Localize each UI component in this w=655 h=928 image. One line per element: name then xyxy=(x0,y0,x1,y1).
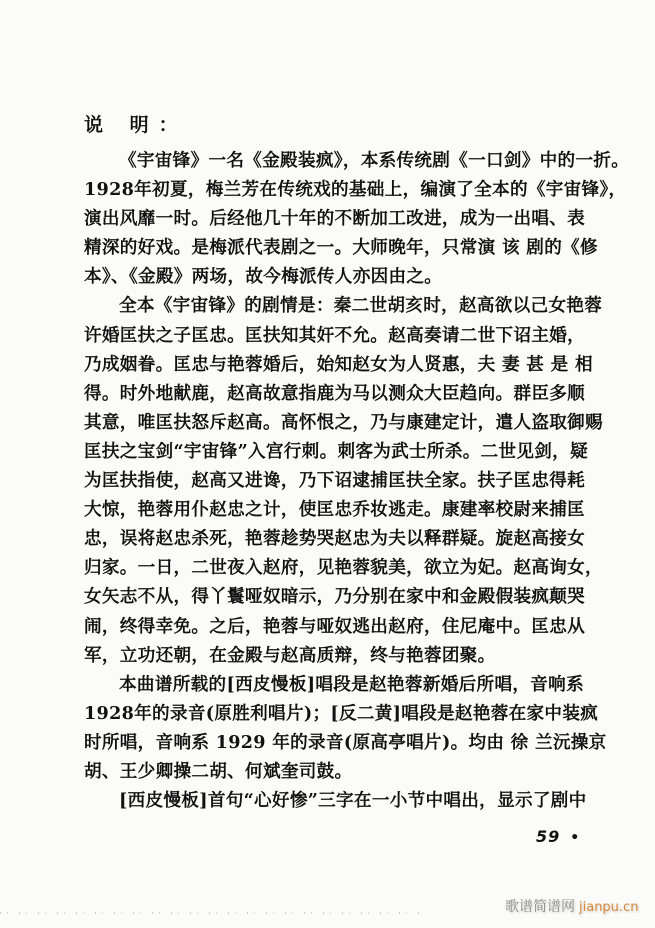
text-line: [西皮慢板]首句“心好惨”三字在一小节中唱出，显示了剧中 xyxy=(84,786,584,815)
page-number: 59• xyxy=(536,827,580,846)
page-number-value: 59 xyxy=(536,827,560,846)
document-page: 说 明： 《宇宙锋》一名《金殿装疯》，本系传统剧《一口剑》中的一折。1928年初… xyxy=(0,0,655,928)
watermark-site-name: 歌谱简谱网 xyxy=(505,899,575,915)
text-line: 大惊，艳蓉用仆赵忠之计，使匡忠乔妆逃走。康建率校尉来捕匡 xyxy=(84,495,584,524)
text-line: 胡、王少卿操二胡、何斌奎司鼓。 xyxy=(84,757,584,786)
text-line: 时所唱，音响系 1929 年的录音(原高亭唱片)。均由 徐 兰沅操京 xyxy=(84,728,584,757)
text-line: 得。时外地献鹿，赵高故意指鹿为马以测众大臣趋向。群臣多顺 xyxy=(84,379,584,408)
text-line: 许婚匡扶之子匡忠。匡扶知其奸不允。赵高奏请二世下诏主婚， xyxy=(84,321,584,350)
text-line: 乃成姻眷。匡忠与艳蓉婚后，始知赵女为人贤惠，夫 妻 甚 是 相 xyxy=(84,350,584,379)
body-text: 《宇宙锋》一名《金殿装疯》，本系传统剧《一口剑》中的一折。1928年初夏，梅兰芳… xyxy=(84,146,584,815)
text-line: 《宇宙锋》一名《金殿装疯》，本系传统剧《一口剑》中的一折。 xyxy=(84,146,584,175)
text-line: 匡扶之宝剑“宇宙锋”入宫行刺。刺客为武士所杀。二世见剑，疑 xyxy=(84,437,584,466)
watermark: 歌谱简谱网jianpu.cn xyxy=(505,896,638,916)
text-line: 1928年初夏，梅兰芳在传统戏的基础上，编演了全本的《宇宙锋》， xyxy=(84,175,584,204)
text-line: 演出风靡一时。后经他几十年的不断加工改进，成为一出唱、表 xyxy=(84,204,584,233)
text-line: 本曲谱所载的[西皮慢板]唱段是赵艳蓉新婚后所唱，音响系 xyxy=(84,670,584,699)
text-line: 1928年的录音(原胜利唱片)；[反二黄]唱段是赵艳蓉在家中装疯 xyxy=(84,699,584,728)
scan-noise-artifact xyxy=(0,912,420,914)
text-line: 军，立功还朝，在金殿与赵高质辩，终与艳蓉团聚。 xyxy=(84,641,584,670)
watermark-domain: jianpu.cn xyxy=(579,900,638,915)
page-number-dot: • xyxy=(570,830,580,846)
text-line: 闹，终得幸免。之后，艳蓉与哑奴逃出赵府，住尼庵中。匡忠从 xyxy=(84,612,584,641)
text-line: 女矢志不从，得丫鬟哑奴暗示，乃分别在家中和金殿假装疯颠哭 xyxy=(84,582,584,611)
text-line: 归家。一日，二世夜入赵府，见艳蓉貌美，欲立为妃。赵高询女， xyxy=(84,553,584,582)
text-line: 其意，唯匡扶怒斥赵高。高怀恨之，乃与康建定计，遣人盗取御赐 xyxy=(84,408,584,437)
text-line: 精深的好戏。是梅派代表剧之一。大师晚年，只常演 该 剧的《修 xyxy=(84,233,584,262)
section-heading: 说 明： xyxy=(84,113,188,137)
text-line: 忠，误将赵忠杀死，艳蓉趁势哭赵忠为夫以释群疑。旋赵高接女 xyxy=(84,524,584,553)
text-line: 为匡扶指使，赵高又进谗，乃下诏逮捕匡扶全家。扶子匡忠得耗 xyxy=(84,466,584,495)
text-line: 本》、《金殿》两场，故今梅派传人亦因由之。 xyxy=(84,262,584,291)
text-line: 全本《宇宙锋》的剧情是：秦二世胡亥时，赵高欲以己女艳蓉 xyxy=(84,291,584,320)
